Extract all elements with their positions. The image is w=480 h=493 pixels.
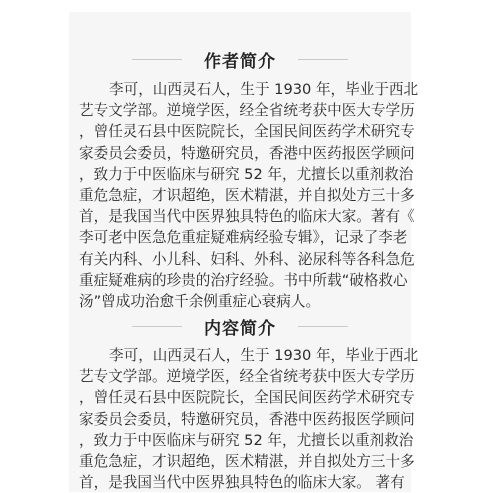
text-line: 重危急症，才识超绝，医术精湛，并自拟处方三十多 xyxy=(79,451,405,472)
text-line: ，致力于中医临床与研究 52 年，尤擅长以重剂救治 xyxy=(79,164,405,185)
heading-divider-left xyxy=(132,59,182,60)
text-line: ，曾任灵石县中医院院长，全国民间医药学术研究专 xyxy=(79,387,405,408)
text-line: 重症疑难病的珍贵的治疗经验。书中所载“破格救心 xyxy=(79,270,405,291)
author-intro-title: 作者简介 xyxy=(204,47,276,72)
text-line: 艺专文学部。逆境学医，经全省统考获中医大专学历 xyxy=(79,366,405,387)
text-line: 家委员会委员，特邀研究员，香港中医药报医学顾问 xyxy=(79,409,405,430)
author-intro-heading: 作者简介 xyxy=(69,47,411,71)
text-line: 李可，山西灵石人，生于 1930 年，毕业于西北 xyxy=(79,79,405,100)
text-line: 首，是我国当代中医界独具特色的临床大家。 著有 xyxy=(79,472,405,480)
text-line: ，致力于中医临床与研究 52 年，尤擅长以重剂救治 xyxy=(79,430,405,451)
content-intro-heading: 内容简介 xyxy=(69,314,411,338)
text-line: ，曾任灵石县中医院院长，全国民间医药学术研究专 xyxy=(79,121,405,142)
text-line: 李可老中医急危重症疑难病经验专辑》，记录了李老 xyxy=(79,227,405,248)
text-line: 艺专文学部。逆境学医，经全省统考获中医大专学历 xyxy=(79,100,405,121)
text-line: 汤”曾成功治愈千余例重症心衰病人。 xyxy=(79,291,405,312)
text-line: 有关内科、小儿科、妇科、外科、泌尿科等各科急危 xyxy=(79,249,405,270)
book-intro-panel: 作者简介 李可，山西灵石人，生于 1930 年，毕业于西北 艺专文学部。逆境学医… xyxy=(69,12,411,480)
text-line: 李可，山西灵石人，生于 1930 年，毕业于西北 xyxy=(79,345,405,366)
content-intro-text: 李可，山西灵石人，生于 1930 年，毕业于西北 艺专文学部。逆境学医，经全省统… xyxy=(79,345,405,480)
text-line: 首，是我国当代中医界独具特色的临床大家。著有《 xyxy=(79,206,405,227)
content-intro-title: 内容简介 xyxy=(204,314,276,339)
author-intro-text: 李可，山西灵石人，生于 1930 年，毕业于西北 艺专文学部。逆境学医，经全省统… xyxy=(79,79,405,312)
heading-divider-right xyxy=(298,59,348,60)
heading-divider-right xyxy=(298,326,348,327)
heading-divider-left xyxy=(132,326,182,327)
text-line: 家委员会委员，特邀研究员，香港中医药报医学顾问 xyxy=(79,143,405,164)
text-line: 重危急症，才识超绝，医术精湛，并自拟处方三十多 xyxy=(79,185,405,206)
